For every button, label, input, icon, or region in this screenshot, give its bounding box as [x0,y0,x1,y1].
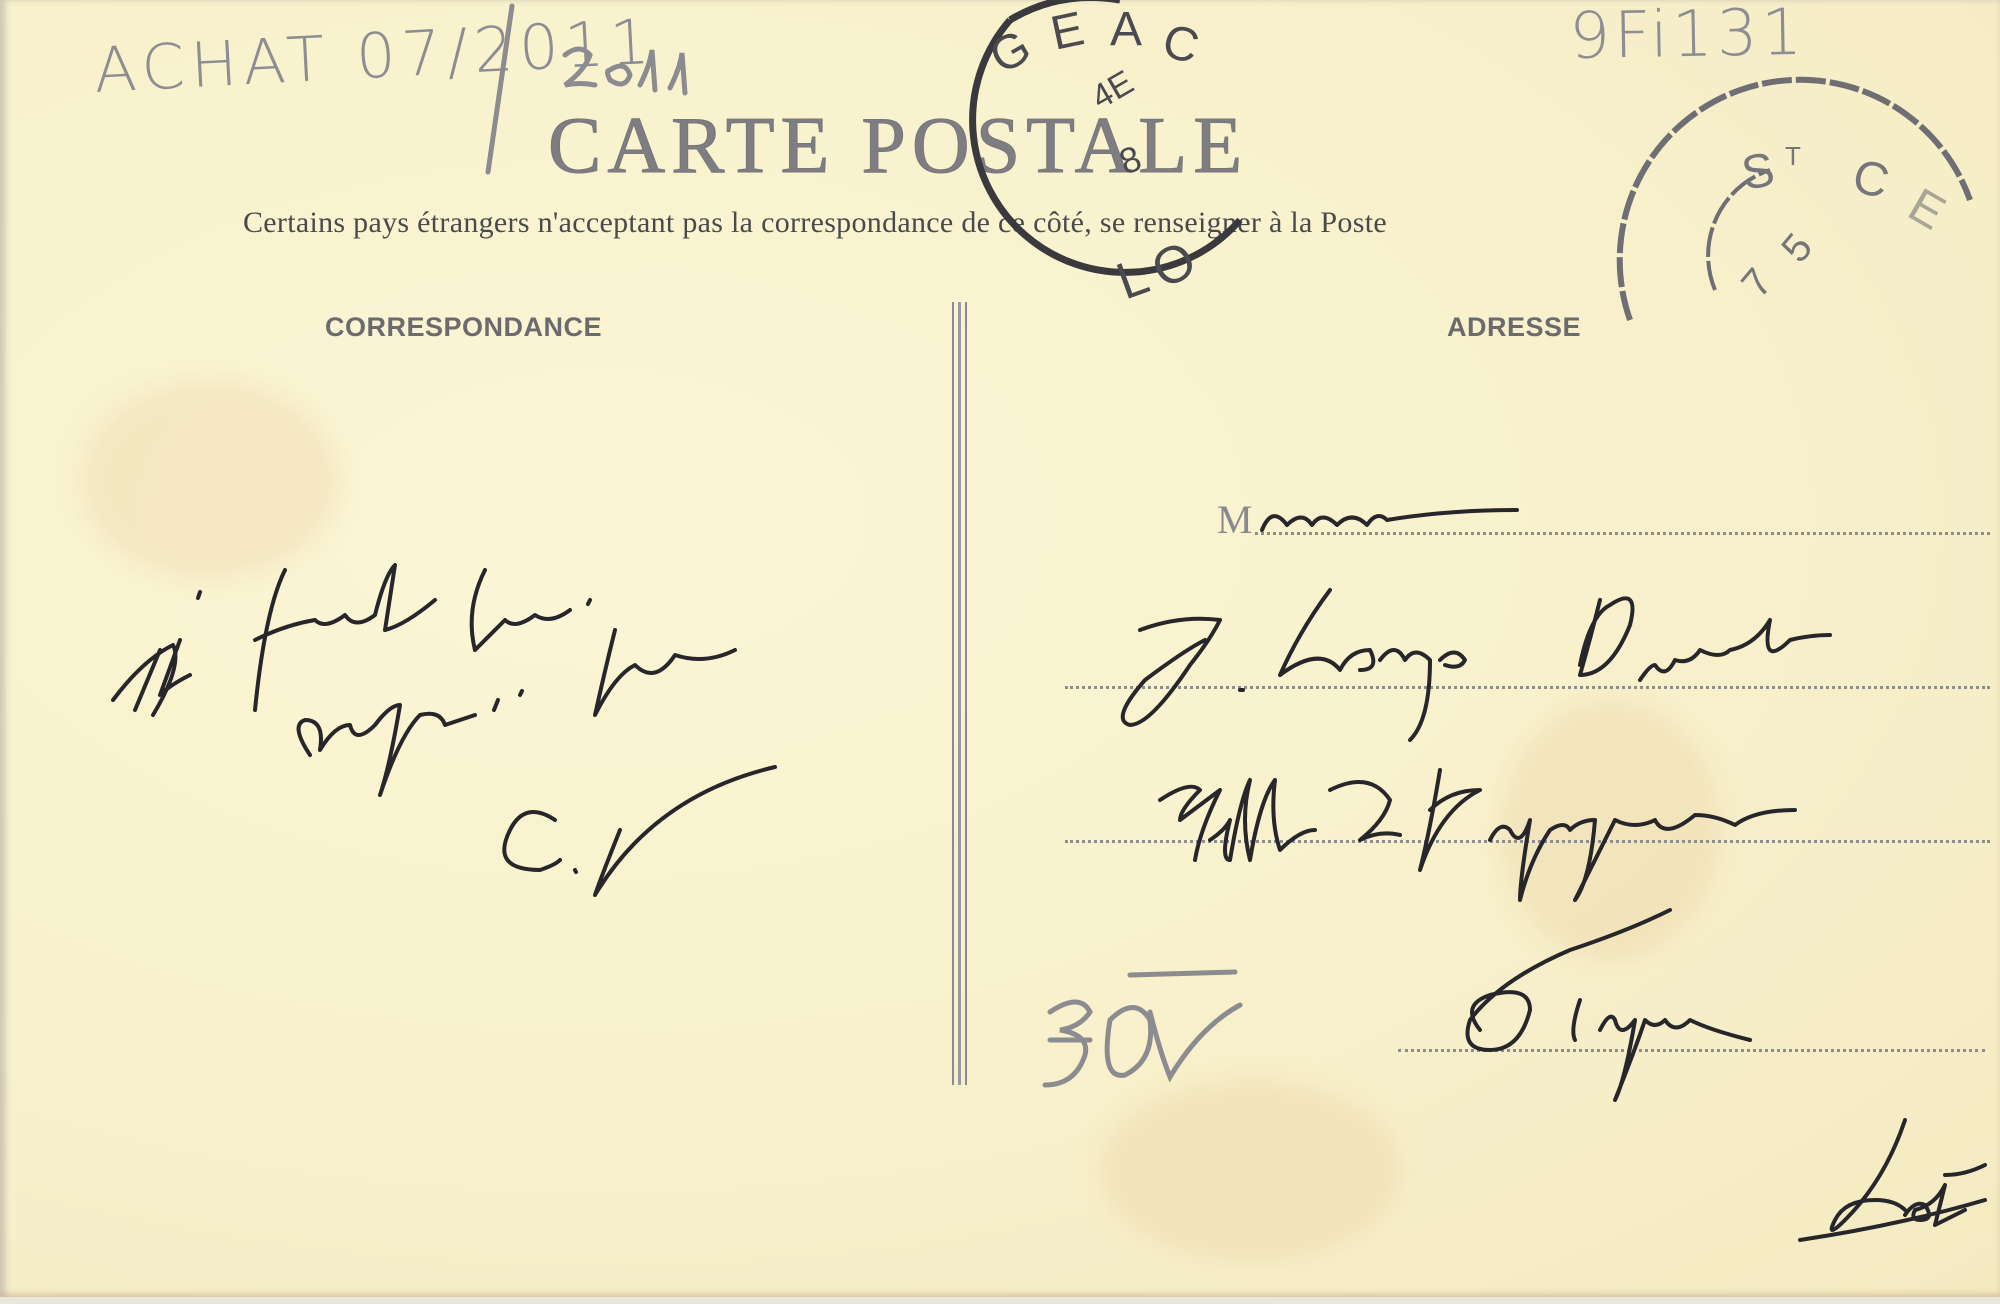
message-line-1: Il fait beau [115,560,501,642]
margin-note: 30V [1045,1000,1165,1070]
svg-text:O: O [1142,230,1206,300]
address-line-villa: Villa de Piquepeyal [1160,760,1840,842]
printed-notice: Certains pays étrangers n'acceptant pas … [243,206,1387,240]
archive-reference: 9Fi131 [1569,0,1807,74]
correspondance-label: CORRESPONDANCE [325,312,602,343]
svg-text:E: E [1046,2,1088,60]
paper-stain [1100,1080,1400,1260]
message-line-2: aujourd'hui [300,680,648,750]
center-divider [952,302,968,1085]
acquisition-note: ACHAT 07/2011 [92,5,657,107]
svg-text:5: 5 [1773,225,1821,270]
address-line-4 [1398,1049,1985,1052]
st-cere-postmark [1620,80,1970,320]
svg-text:L: L [1109,247,1156,311]
svg-text:C: C [1847,149,1894,209]
postcard-back: ACHAT 07/2011 9Fi131 CARTE POSTALE Certa… [0,0,2000,1297]
address-line-2 [1065,686,1990,689]
address-prefix: M [1217,496,1253,543]
paper-stain [80,380,340,580]
svg-text:7: 7 [1733,260,1781,305]
svg-text:T: T [1785,141,1801,171]
svg-text:C: C [1157,14,1204,74]
svg-text:E: E [1900,179,1954,241]
message-signature: C.V. [510,800,625,870]
address-line-town: Figeac [1480,960,1718,1042]
svg-text:A: A [1110,3,1142,56]
address-line-name: J. Longé Directeur [1140,600,1790,682]
address-salutation: Monsieur [1260,480,1501,538]
card-title: CARTE POSTALE [548,106,1248,186]
adresse-label: ADRESSE [1447,312,1581,343]
address-line-department: Lot [1790,1130,1890,1200]
svg-text:S: S [1738,143,1779,201]
svg-text:G: G [981,20,1040,85]
st-cere-postmark-text: S T C E 5 7 [1733,141,1954,306]
